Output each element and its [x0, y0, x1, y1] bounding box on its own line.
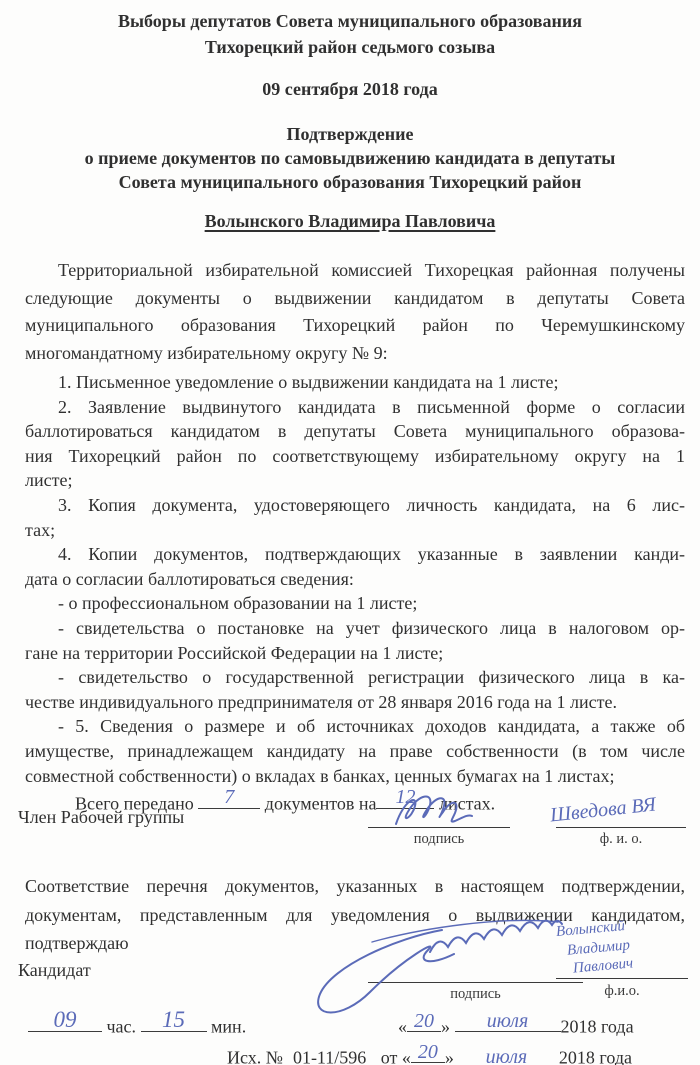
year-label: 2018 года [561, 1016, 634, 1036]
ref-number: 01-11/596 [293, 1047, 366, 1065]
day-blank: 20 [407, 1013, 441, 1032]
total-docs-handwritten: 7 [198, 785, 260, 810]
total-docs-blank: 7 [198, 790, 260, 809]
list-item: 4. Копии документов, подтверждающих указ… [25, 542, 685, 591]
document-body: Территориальной избирательной комиссией … [25, 257, 685, 816]
header-line-2: Тихорецкий район седьмого созыва [0, 34, 700, 60]
election-date: 09 сентября 2018 года [0, 79, 700, 100]
ref-day-handwritten: 20 [411, 1041, 445, 1064]
time-row: 09 час. 15 мин. [28, 1013, 246, 1037]
ref-quote-close: » [445, 1047, 454, 1065]
document-header: Выборы депутатов Совета муниципального о… [0, 8, 700, 60]
candidate-name-caption: ф.и.о. [556, 983, 688, 1000]
intro-paragraph: Территориальной избирательной комиссией … [25, 257, 685, 367]
minutes-blank: 15 [141, 1013, 207, 1032]
quote-close: » [441, 1016, 450, 1036]
list-item: - свидетельство о государственной регист… [25, 665, 685, 714]
list-item: - свидетельства о постановке на учет физ… [25, 616, 685, 665]
ref-quote-open: « [402, 1047, 411, 1065]
doc-subtitle-1: о приеме документов по самовыдвижению ка… [0, 146, 700, 170]
member-signature-caption: подпись [368, 831, 510, 848]
hours-blank: 09 [28, 1013, 102, 1032]
candidate-name-heading: Волынского Владимира Павловича [0, 211, 700, 232]
candidate-label: Кандидат [18, 960, 91, 981]
day-handwritten: 20 [407, 1010, 441, 1033]
ref-year-label: 2018 года [559, 1047, 632, 1065]
minutes-label: мин. [211, 1016, 246, 1036]
list-item: - 5. Сведения о размере и об источниках … [25, 714, 685, 788]
total-middle: документов на [265, 793, 377, 813]
documents-list: 1. Письменное уведомление о выдвижении к… [25, 370, 685, 788]
member-signature [392, 792, 492, 832]
list-item: 2. Заявление выдвинутого кандидата в пис… [25, 395, 685, 493]
ref-label: Исх. № [227, 1047, 283, 1065]
ref-month-handwritten: июля [458, 1046, 554, 1065]
minutes-handwritten: 15 [141, 1007, 207, 1033]
month-blank: июля [455, 1013, 561, 1032]
member-label: Член Рабочей группы [18, 807, 184, 828]
hours-label: час. [107, 1016, 137, 1036]
ref-from: от [381, 1047, 398, 1065]
document-title-block: Подтверждение о приеме документов по сам… [0, 122, 700, 194]
list-item: - о профессиональном образовании на 1 ли… [25, 591, 685, 616]
member-name-caption: ф. и. о. [556, 831, 686, 848]
header-line-1: Выборы депутатов Совета муниципального о… [0, 8, 700, 34]
doc-subtitle-2: Совета муниципального образования Тихоре… [0, 170, 700, 194]
month-handwritten: июля [455, 1010, 561, 1033]
ref-row: Исх. №01-11/596 от «20» июля 2018 года [227, 1044, 632, 1065]
hours-handwritten: 09 [28, 1007, 102, 1033]
doc-title: Подтверждение [0, 122, 700, 146]
ref-day-blank: 20 [411, 1044, 445, 1063]
list-item: 1. Письменное уведомление о выдвижении к… [25, 370, 685, 395]
list-item: 3. Копия документа, удостоверяющего личн… [25, 493, 685, 542]
scanned-document-page: Выборы депутатов Совета муниципального о… [0, 0, 700, 1065]
date-row: «20» июля2018 года [398, 1013, 634, 1037]
quote-open: « [398, 1016, 407, 1036]
